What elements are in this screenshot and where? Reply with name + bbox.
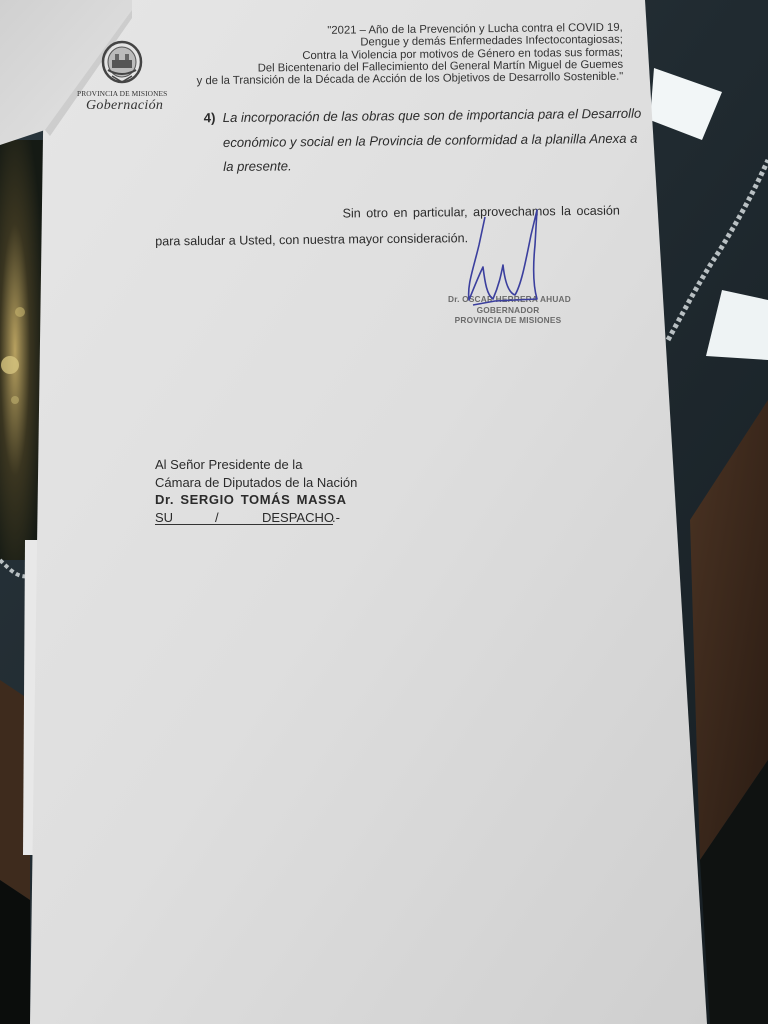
su-despacho-line: SU / DESPACHO .- xyxy=(155,509,345,525)
item-number: 4) xyxy=(204,106,216,131)
addressee-line-2: Cámara de Diputados de la Nación xyxy=(155,474,357,492)
office-label: Gobernación xyxy=(86,98,163,114)
handwritten-signature-icon xyxy=(455,205,565,315)
numbered-item: 4) La incorporación de las obras que son… xyxy=(204,102,635,180)
despacho-suffix: .- xyxy=(332,509,340,527)
item-line: la presente. xyxy=(204,151,634,180)
signer-province: PROVINCIA DE MISIONES xyxy=(448,315,568,326)
addressee-line-1: Al Señor Presidente de la xyxy=(155,456,357,474)
official-motto: "2021 – Año de la Prevención y Lucha con… xyxy=(183,22,624,88)
item-line: La incorporación de las obras que son de… xyxy=(204,102,634,131)
addressee-block: Al Señor Presidente de la Cámara de Dipu… xyxy=(155,456,357,525)
coat-of-arms-icon xyxy=(100,40,144,86)
item-line: económico y social en la Provincia de co… xyxy=(204,126,634,155)
underline-divider xyxy=(155,524,333,525)
province-label: PROVINCIA DE MISIONES xyxy=(77,89,167,98)
addressee-name: Dr. SERGIO TOMÁS MASSA xyxy=(155,491,357,509)
